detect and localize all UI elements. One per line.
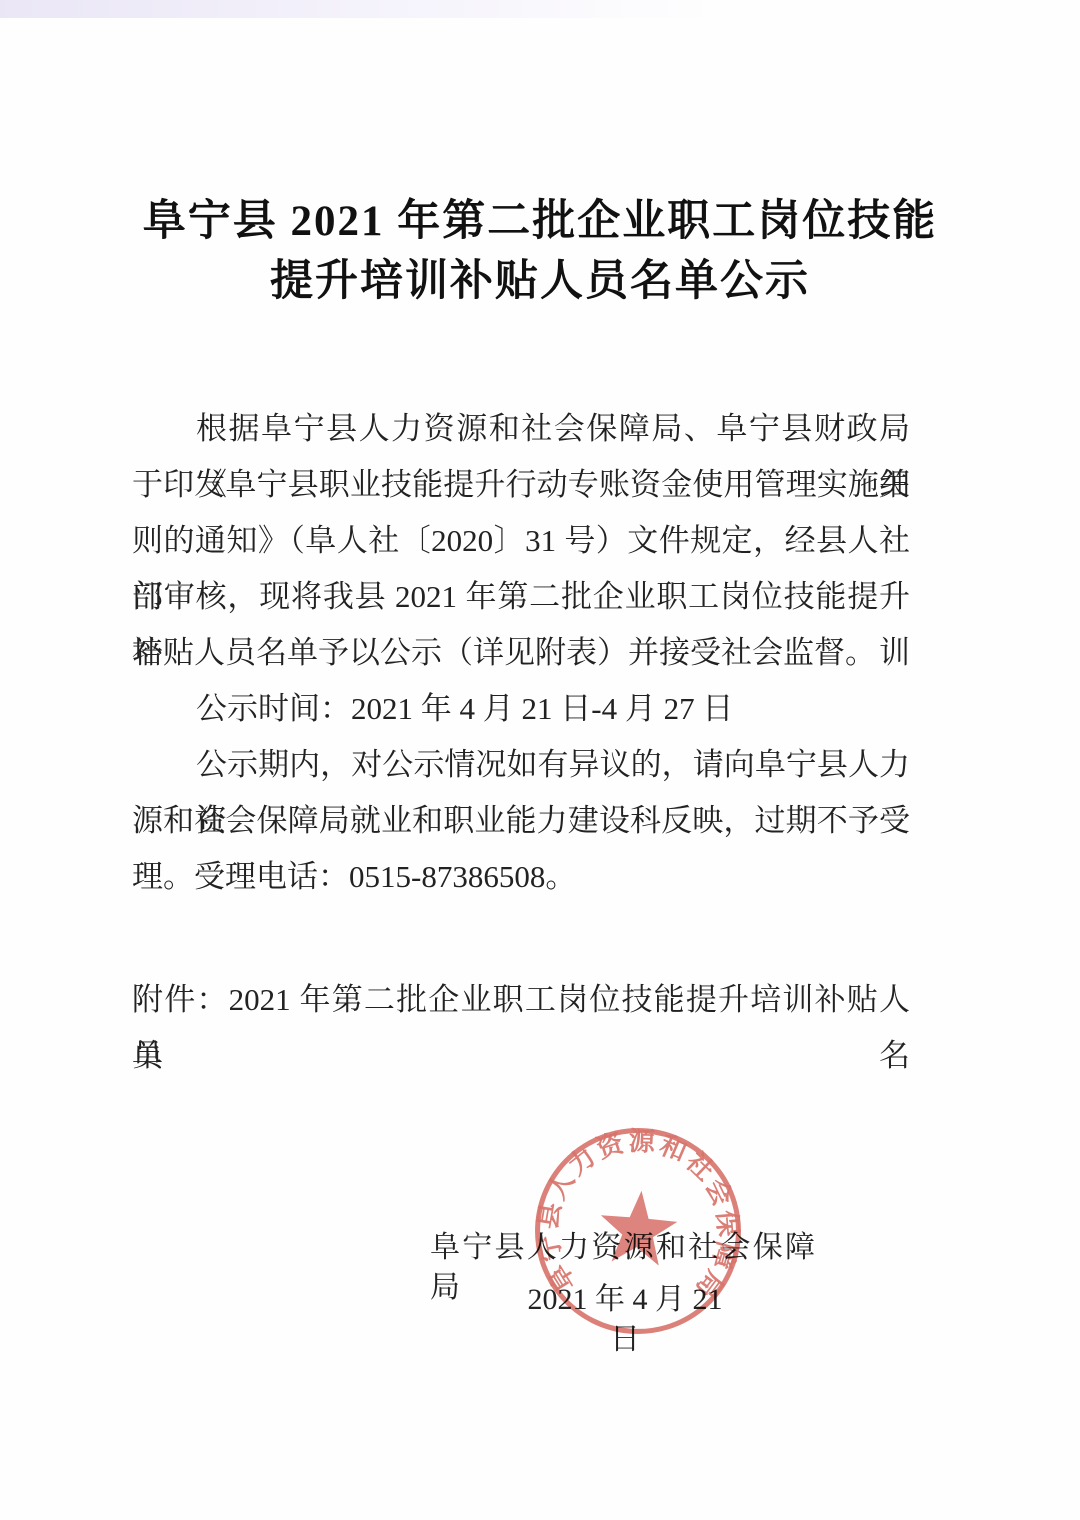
contact-phone-line: 理。受理电话：0515-87386508。 [132,849,910,905]
attachment-note: 附件：2021 年第二批企业职工岗位技能提升培训补贴人员名 单 [132,972,910,1084]
signature-date: 2021 年 4 月 21 日 [515,1280,735,1360]
body-line: 根据阜宁县人力资源和社会保障局、阜宁县财政局《关 [132,401,910,457]
document-title: 阜宁县 2021 年第二批企业职工岗位技能 提升培训补贴人员名单公示 [0,192,1080,312]
body-text: 根据阜宁县人力资源和社会保障局、阜宁县财政局《关 于印发阜宁县职业技能提升行动专… [132,401,910,905]
title-line-2: 提升培训补贴人员名单公示 [0,252,1080,312]
body-line: 门审核，现将我县 2021 年第二批企业职工岗位技能提升培训 [132,569,910,625]
title-line-1: 阜宁县 2021 年第二批企业职工岗位技能 [0,192,1080,252]
scan-artifact-band [0,0,720,18]
body-line: 公示期内，对公示情况如有异议的，请向阜宁县人力资 [132,737,910,793]
body-line: 则的通知》（阜人社〔2020〕31 号）文件规定，经县人社部 [132,513,910,569]
body-line: 于印发阜宁县职业技能提升行动专账资金使用管理实施细 [132,457,910,513]
attachment-line-1: 附件：2021 年第二批企业职工岗位技能提升培训补贴人员名 [132,972,910,1028]
document-page: 阜宁县 2021 年第二批企业职工岗位技能 提升培训补贴人员名单公示 根据阜宁县… [0,0,1080,1520]
body-line: 源和社会保障局就业和职业能力建设科反映，过期不予受 [132,793,910,849]
publicity-period-line: 公示时间：2021 年 4 月 21 日-4 月 27 日 [132,681,910,737]
body-line: 补贴人员名单予以公示（详见附表）并接受社会监督。 [132,625,910,681]
